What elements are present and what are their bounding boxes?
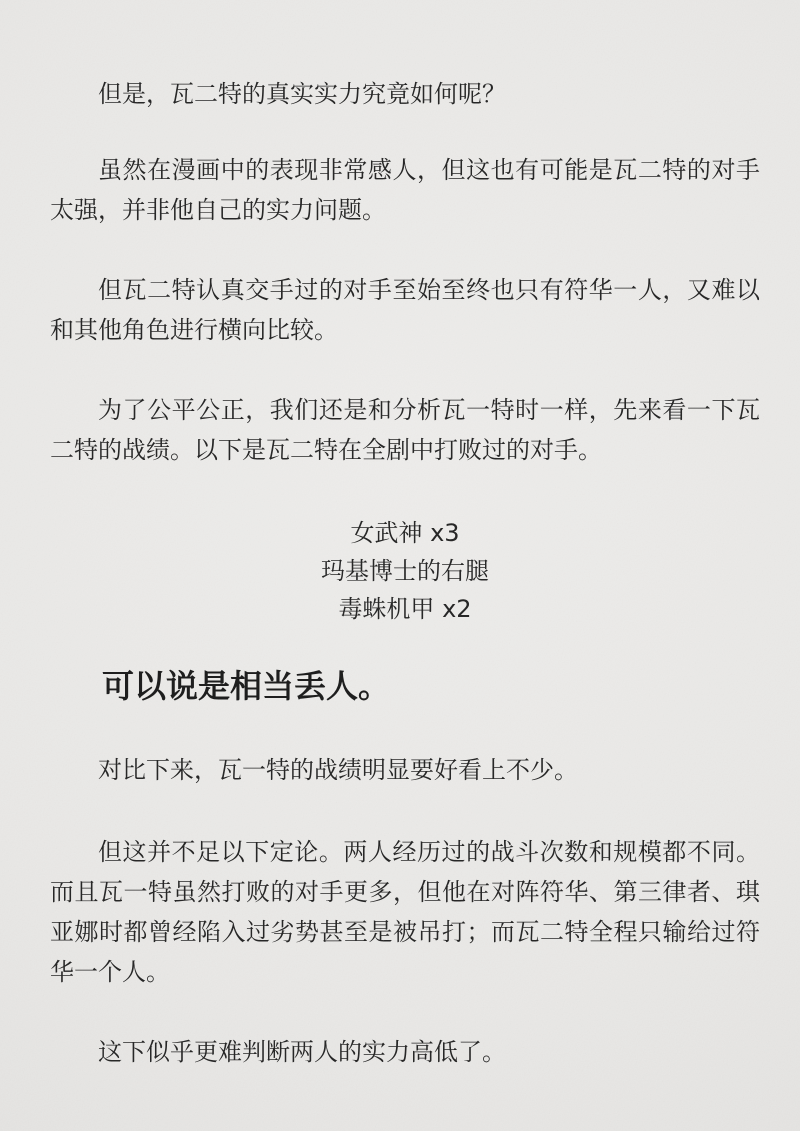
paragraph-fairness-intro: 为了公平公正，我们还是和分析瓦一特时一样，先来看一下瓦二特的战绩。以下是瓦二特在… xyxy=(50,390,760,470)
paragraph-comparison: 对比下来，瓦一特的战绩明显要好看上不少。 xyxy=(50,750,760,790)
emphasis-heading: 可以说是相当丢人。 xyxy=(50,662,760,710)
paragraph-conclusion: 这下似乎更难判断两人的实力高低了。 xyxy=(50,1032,760,1072)
list-item-valkyrie: 女武神 x3 xyxy=(50,514,760,552)
paragraph-manga-performance: 虽然在漫画中的表现非常感人，但这也有可能是瓦二特的对手太强，并非他自己的实力问题… xyxy=(50,150,760,230)
defeated-opponents-list: 女武神 x3 玛基博士的右腿 毒蛛机甲 x2 xyxy=(50,514,760,628)
paper-page: 但是，瓦二特的真实实力究竟如何呢？ 虽然在漫画中的表现非常感人，但这也有可能是瓦… xyxy=(0,0,800,1131)
paragraph-only-opponent: 但瓦二特认真交手过的对手至始至终也只有符华一人，又难以和其他角色进行横向比较。 xyxy=(50,270,760,350)
paragraph-question: 但是，瓦二特的真实实力究竟如何呢？ xyxy=(50,74,760,114)
article-body: 但是，瓦二特的真实实力究竟如何呢？ 虽然在漫画中的表现非常感人，但这也有可能是瓦… xyxy=(50,74,760,1072)
list-item-spider-mech: 毒蛛机甲 x2 xyxy=(50,590,760,628)
list-item-doctor-leg: 玛基博士的右腿 xyxy=(50,552,760,590)
paragraph-analysis: 但这并不足以下定论。两人经历过的战斗次数和规模都不同。而且瓦一特虽然打败的对手更… xyxy=(50,832,760,992)
